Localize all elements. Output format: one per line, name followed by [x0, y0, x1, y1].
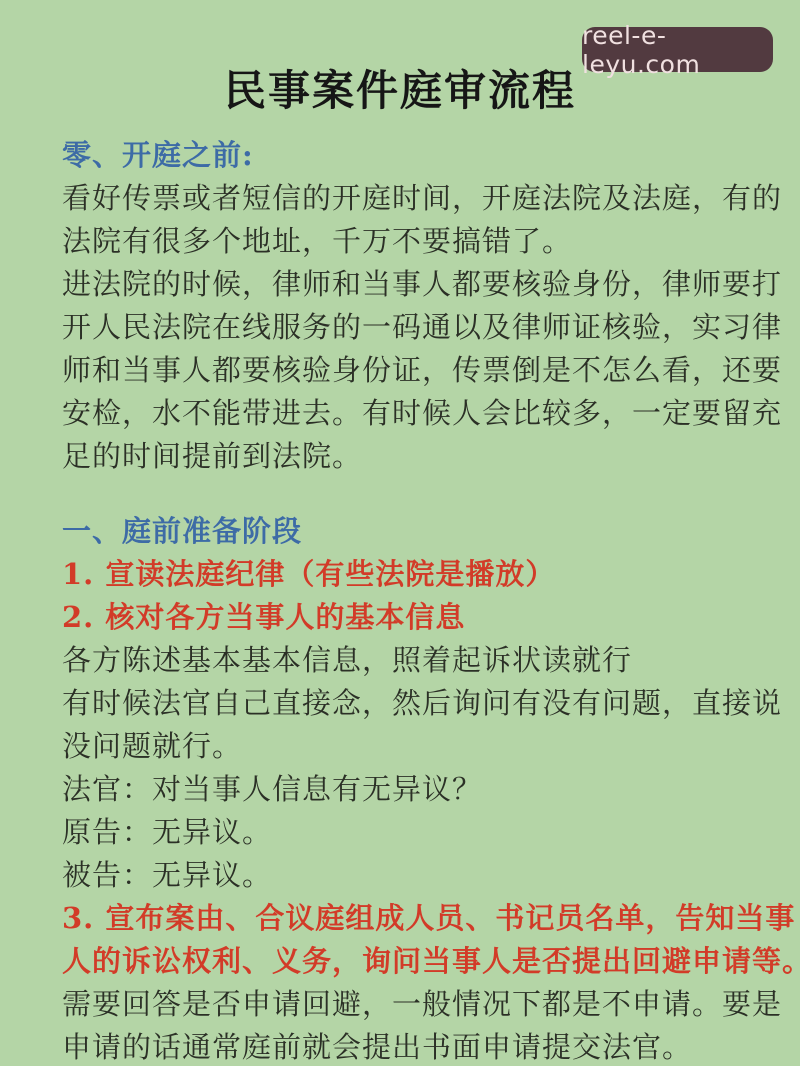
paragraph-block: 看好传票或者短信的开庭时间，开庭法院及法庭，有的法院有很多个地址，千万不要搞错了… — [62, 177, 758, 263]
text-line: 进法院的时候，律师和当事人都要核验身份，律师要打 — [62, 263, 758, 306]
text-line: 被告：无异议。 — [62, 854, 758, 897]
infographic-page: reel-e-leyu.com 民事案件庭审流程 零、开庭之前:看好传票或者短信… — [0, 0, 800, 1066]
page-title: 民事案件庭审流程 — [0, 58, 800, 118]
text-line: 有时候法官自己直接念，然后询问有没有问题，直接说 — [62, 682, 758, 725]
paragraph-block: 法官：对当事人信息有无异议？ — [62, 768, 758, 811]
content: 零、开庭之前:看好传票或者短信的开庭时间，开庭法院及法庭，有的法院有很多个地址，… — [62, 134, 758, 1066]
paragraph-block: 有时候法官自己直接念，然后询问有没有问题，直接说没问题就行。 — [62, 682, 758, 768]
text-line: 法院有很多个地址，千万不要搞错了。 — [62, 220, 758, 263]
paragraph-block: 各方陈述基本基本信息，照着起诉状读就行 — [62, 639, 758, 682]
text-line: 1. 宣读法庭纪律（有些法院是播放） — [62, 553, 758, 596]
paragraph-block: 进法院的时候，律师和当事人都要核验身份，律师要打开人民法院在线服务的一码通以及律… — [62, 263, 758, 478]
section-heading: 零、开庭之前: — [62, 134, 758, 177]
text-line: 人的诉讼权利、义务，询问当事人是否提出回避申请等。 — [62, 940, 758, 983]
text-line: 看好传票或者短信的开庭时间，开庭法院及法庭，有的 — [62, 177, 758, 220]
paragraph-block: 3. 宣布案由、合议庭组成人员、书记员名单，告知当事人的诉讼权利、义务，询问当事… — [62, 897, 758, 983]
paragraph-block: 2. 核对各方当事人的基本信息 — [62, 596, 758, 639]
paragraph-block: 需要回答是否申请回避，一般情况下都是不申请。要是申请的话通常庭前就会提出书面申请… — [62, 983, 758, 1066]
paragraph-block: 原告：无异议。 — [62, 811, 758, 854]
text-line: 需要回答是否申请回避，一般情况下都是不申请。要是 — [62, 983, 758, 1026]
paragraph-block: 1. 宣读法庭纪律（有些法院是播放） — [62, 553, 758, 596]
text-line: 法官：对当事人信息有无异议？ — [62, 768, 758, 811]
paragraph-block: 被告：无异议。 — [62, 854, 758, 897]
text-line: 2. 核对各方当事人的基本信息 — [62, 596, 758, 639]
text-line: 师和当事人都要核验身份证，传票倒是不怎么看，还要 — [62, 349, 758, 392]
text-line: 安检，水不能带进去。有时候人会比较多，一定要留充 — [62, 392, 758, 435]
section-heading: 一、庭前准备阶段 — [62, 510, 758, 553]
section-block: 一、庭前准备阶段 — [62, 510, 758, 553]
text-line: 没问题就行。 — [62, 725, 758, 768]
section-block: 零、开庭之前: — [62, 134, 758, 177]
text-line: 3. 宣布案由、合议庭组成人员、书记员名单，告知当事 — [62, 897, 758, 940]
text-line: 各方陈述基本基本信息，照着起诉状读就行 — [62, 639, 758, 682]
text-line: 申请的话通常庭前就会提出书面申请提交法官。 — [62, 1026, 758, 1066]
text-line: 原告：无异议。 — [62, 811, 758, 854]
text-line: 开人民法院在线服务的一码通以及律师证核验，实习律 — [62, 306, 758, 349]
text-line: 足的时间提前到法院。 — [62, 435, 758, 478]
